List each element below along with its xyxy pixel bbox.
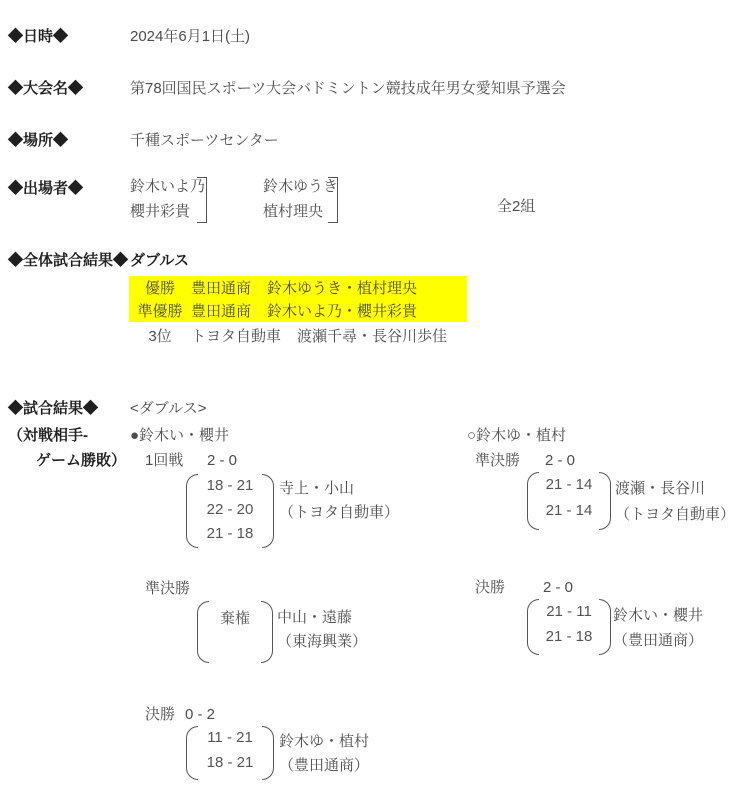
pair2-player1: 鈴木ゆうき bbox=[263, 177, 338, 197]
game-score: 18 - 21 bbox=[186, 754, 274, 771]
players-text: 鈴木ゆうき・植村理央 bbox=[267, 277, 417, 298]
rank-text: 3位 bbox=[129, 325, 191, 346]
round-label: 準決勝 bbox=[145, 579, 190, 599]
pair1-bracket-icon bbox=[197, 177, 207, 223]
match-results-sublabel-2: ゲーム勝敗） bbox=[36, 451, 126, 471]
rank-text: 優勝 bbox=[129, 277, 191, 298]
opponent-names: 寺上・小山 bbox=[279, 477, 354, 498]
opponent-names: 鈴木ゆ・植村 bbox=[279, 730, 369, 751]
team-text: 豊田通商 bbox=[191, 277, 251, 298]
rank-text: 準優勝 bbox=[129, 300, 191, 321]
games-box: 21 - 11 21 - 18 bbox=[527, 599, 611, 655]
match-score: 0 - 2 bbox=[185, 705, 215, 725]
match-score: 2 - 0 bbox=[545, 451, 575, 471]
game-score: 22 - 20 bbox=[186, 501, 274, 518]
opponent-names: 鈴木い・櫻井 bbox=[613, 604, 703, 625]
overall-row-champion: 優勝 豊田通商 鈴木ゆうき・植村理央 bbox=[129, 276, 467, 299]
game-score: 21 - 14 bbox=[527, 502, 611, 519]
event-name-value: 第78回国民スポーツ大会バドミントン競技成年男女愛知県予選会 bbox=[130, 79, 566, 99]
pair2-player2: 植村理央 bbox=[263, 202, 323, 222]
venue-label: ◆場所◆ bbox=[8, 131, 68, 151]
tournament-result-sheet: ◆日時◆ 2024年6月1日(土) ◆大会名◆ 第78回国民スポーツ大会バドミン… bbox=[0, 0, 750, 802]
overall-results-label: ◆全体試合結果◆ bbox=[8, 251, 128, 271]
pair1-player1: 鈴木いよ乃 bbox=[130, 177, 205, 197]
left-column-header: ●鈴木い・櫻井 bbox=[130, 426, 229, 446]
games-box-forfeit: 棄権 bbox=[197, 601, 273, 663]
forfeit-text: 棄権 bbox=[197, 607, 273, 628]
overall-row-third: 3位 トヨタ自動車 渡瀬千尋・長谷川歩佳 bbox=[129, 324, 467, 347]
opponent-names: 中山・遠藤 bbox=[277, 606, 352, 627]
opponent-names: 渡瀬・長谷川 bbox=[615, 477, 705, 498]
opponent-team: （トヨタ自動車） bbox=[279, 501, 399, 522]
match-results-label: ◆試合結果◆ bbox=[8, 399, 98, 419]
right-column-header: ○鈴木ゆ・植村 bbox=[467, 426, 566, 446]
games-box: 21 - 14 21 - 14 bbox=[527, 472, 611, 530]
players-text: 渡瀬千尋・長谷川歩佳 bbox=[297, 325, 447, 346]
round-label: 1回戦 bbox=[145, 451, 183, 471]
participants-label: ◆出場者◆ bbox=[8, 179, 83, 199]
pair2-bracket-icon bbox=[328, 177, 338, 223]
opponent-team: （豊田通商） bbox=[279, 754, 369, 775]
overall-row-runnerup: 準優勝 豊田通商 鈴木いよ乃・櫻井彩貴 bbox=[129, 299, 467, 322]
pair-total: 全2組 bbox=[497, 197, 535, 217]
game-score: 21 - 14 bbox=[527, 476, 611, 493]
venue-value: 千種スポーツセンター bbox=[130, 131, 279, 151]
opponent-team: （トヨタ自動車） bbox=[615, 503, 735, 524]
pair1-player2: 櫻井彩貴 bbox=[130, 202, 190, 222]
game-score: 11 - 21 bbox=[186, 729, 274, 746]
game-score: 21 - 18 bbox=[527, 628, 611, 645]
opponent-team: （東海興業） bbox=[277, 630, 367, 651]
round-label: 決勝 bbox=[475, 578, 505, 598]
overall-category: ダブルス bbox=[130, 251, 189, 271]
game-score: 21 - 18 bbox=[186, 525, 274, 542]
team-text: 豊田通商 bbox=[191, 300, 251, 321]
round-label: 準決勝 bbox=[475, 451, 520, 471]
players-text: 鈴木いよ乃・櫻井彩貴 bbox=[267, 300, 417, 321]
match-results-sublabel-1: （対戦相手- bbox=[8, 426, 88, 446]
games-box: 18 - 21 22 - 20 21 - 18 bbox=[186, 474, 274, 548]
round-label: 決勝 bbox=[145, 705, 175, 725]
match-score: 2 - 0 bbox=[207, 451, 237, 471]
team-text: トヨタ自動車 bbox=[191, 325, 281, 346]
match-score: 2 - 0 bbox=[543, 578, 573, 598]
event-name-label: ◆大会名◆ bbox=[8, 79, 83, 99]
date-value: 2024年6月1日(土) bbox=[130, 27, 250, 47]
game-score: 18 - 21 bbox=[186, 477, 274, 494]
match-category: <ダブルス> bbox=[130, 399, 206, 419]
date-label: ◆日時◆ bbox=[8, 27, 68, 47]
games-box: 11 - 21 18 - 21 bbox=[186, 726, 274, 780]
game-score: 21 - 11 bbox=[527, 603, 611, 620]
opponent-team: （豊田通商） bbox=[613, 629, 703, 650]
